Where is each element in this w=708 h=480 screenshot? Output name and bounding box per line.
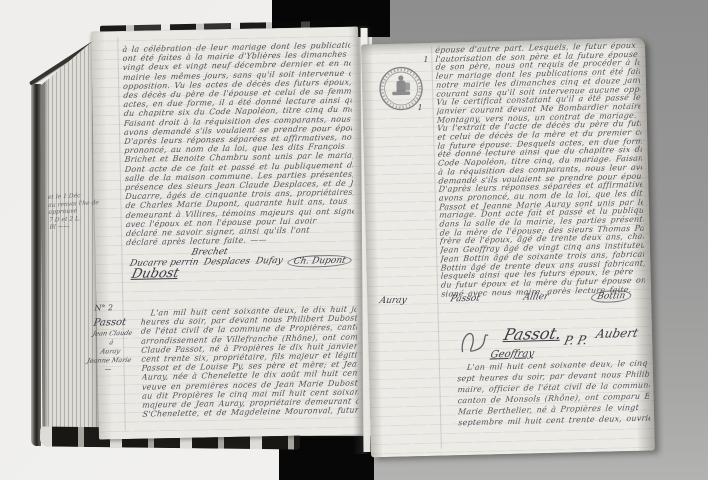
signature: Auray (378, 295, 408, 308)
act-number: N° 2 (94, 303, 113, 312)
margin-tick-mark: 1 (423, 55, 428, 64)
signature-aubert: Aubert (595, 328, 639, 340)
paraph-flourish-icon (458, 325, 495, 358)
right-page-record1-text: épouse d'autre part. Lesquels, le futur … (435, 42, 645, 297)
signature: Passot (449, 294, 481, 307)
right-page: 1 1 épouse d'autre part. Lesquels, le fu… (361, 38, 655, 458)
signature: Desplaces (202, 257, 251, 270)
right-page-witness-signatures: AurayPassotAllierBottin (379, 290, 631, 308)
signature: Bottin (590, 290, 633, 303)
signature-passot: Passot. (503, 328, 563, 340)
left-page: à la célébration de leur mariage dont le… (91, 26, 366, 439)
margin-tick-mark: 1 (417, 103, 422, 112)
signature: Allier (522, 292, 549, 305)
margin-name-lines: Jean ClaudeàAurayJeanne Marie— (81, 329, 140, 375)
signature-paraphe: P. P. (563, 335, 588, 347)
book-cover-spine-edge (31, 84, 41, 446)
signature: Dufay (254, 256, 284, 269)
signature-geoffray: Geoffray (489, 348, 535, 360)
left-page-record2-text: L'an mil huit cent soixante deux, le dix… (140, 305, 358, 423)
right-page-record2-text: L'an mil huit cent soixante deux, le cin… (457, 358, 651, 431)
left-page-record1-text: à la célébration de leur mariage dont le… (122, 41, 354, 249)
signature-dubost: Dubost (131, 268, 180, 280)
margin-name-line: — (80, 365, 136, 375)
left-page-margin-names: Passot Jean ClaudeàAurayJeanne Marie— (83, 317, 138, 375)
signature: Ch. Dupont (286, 255, 353, 268)
scanned-civil-register-spread: à la célébration de leur mariage dont le… (0, 0, 708, 480)
margin-surname: Passot (82, 317, 138, 330)
left-page-margin-annotations: et le 1 Décau renvoi l'he deapprouvé7 D … (48, 189, 134, 231)
